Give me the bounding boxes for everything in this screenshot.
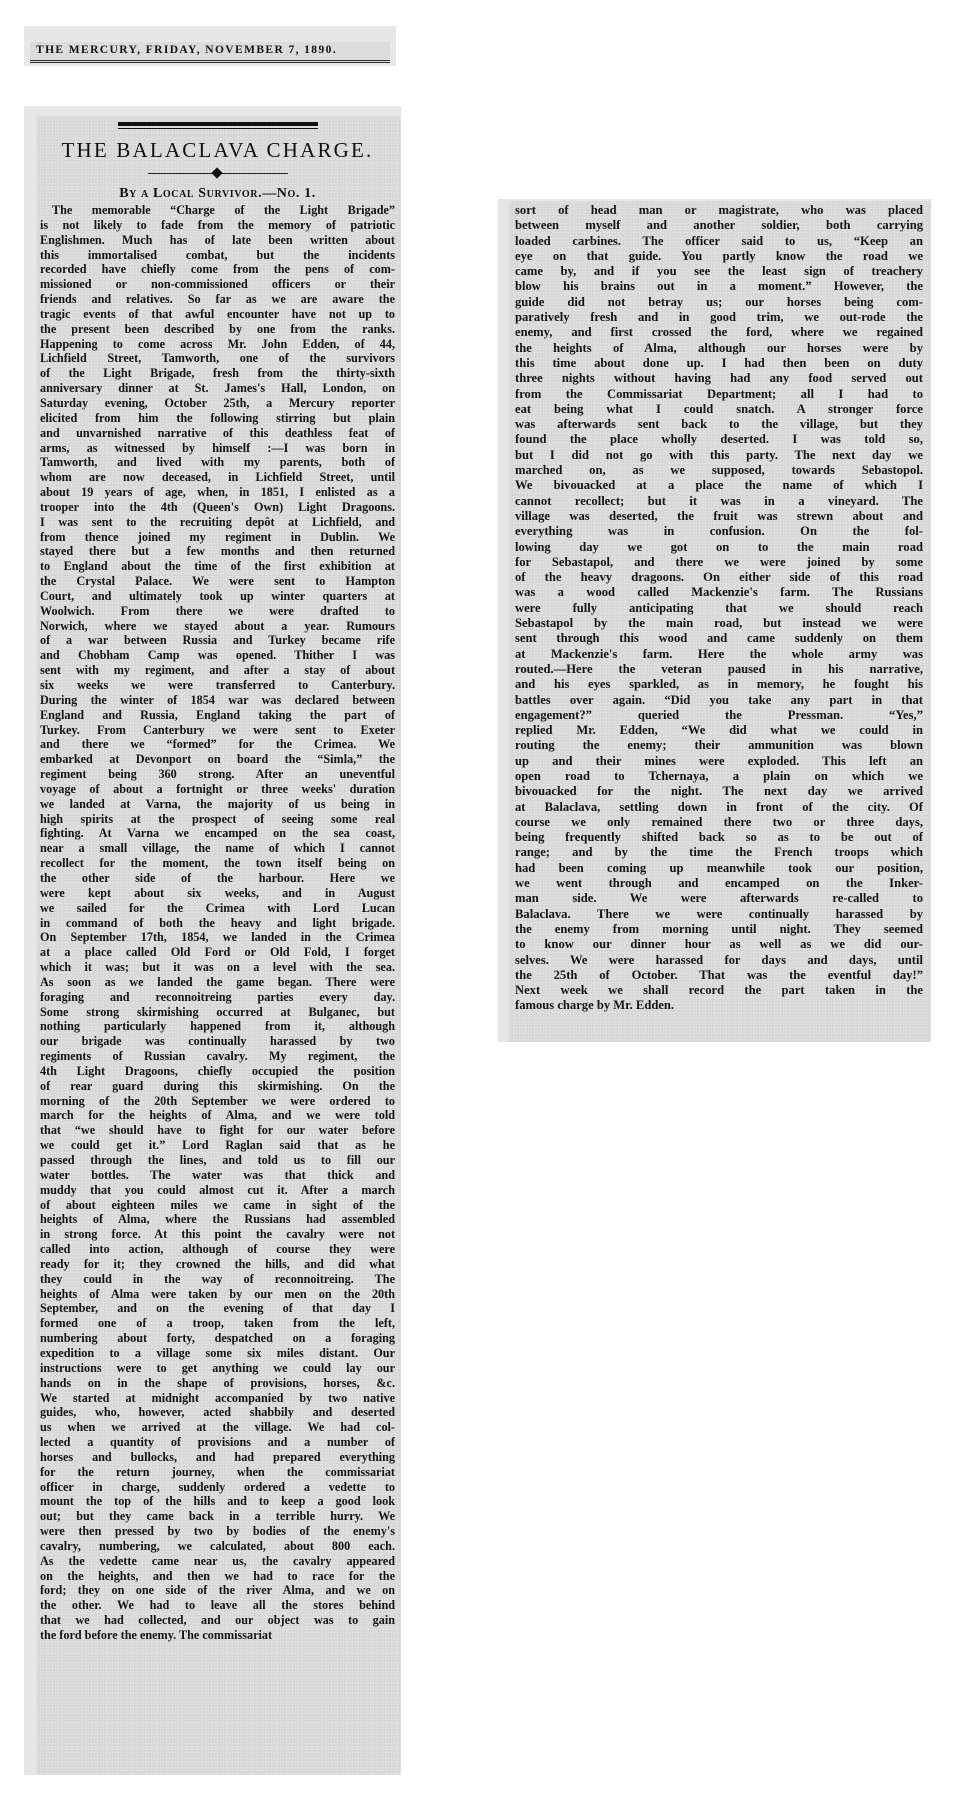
article-text-line: eat being what I could snatch. A stronge… <box>515 402 923 417</box>
article-text-line: we could get it.” Lord Raglan said that … <box>40 1138 395 1153</box>
article-text-line: to know our dinner hour as well as we di… <box>515 937 923 952</box>
article-text-line: heights of Alma were taken by our men on… <box>40 1287 395 1302</box>
article-text-line: of the heavy dragoons. On either side of… <box>515 570 923 585</box>
article-text-line: instructions were to get anything we cou… <box>40 1361 395 1376</box>
article-text-line: trooper into the 4th (Queen's Own) Light… <box>40 500 395 515</box>
article-text-line: we sailed for the Crimea with Lord Lucan <box>40 901 395 916</box>
article-text-line: the ford before the enemy. The commissar… <box>40 1628 395 1643</box>
article-text-line: the other. We had to leave all the store… <box>40 1598 395 1613</box>
article-text-line: guides, who, however, acted shabbily and… <box>40 1405 395 1420</box>
article-text-line: Lichfield Street, Tamworth, one of the s… <box>40 351 395 366</box>
article-text-line: bivouacked for the night. The next day w… <box>515 784 923 799</box>
article-text-line: of a war between Russia and Turkey becam… <box>40 633 395 648</box>
article-text-line: elicited from him the following stirring… <box>40 411 395 426</box>
article-text-line: were kept about six weeks, and in August <box>40 886 395 901</box>
article-text-line: of the Light Brigade, fresh from the thi… <box>40 366 395 381</box>
article-text-line: on the heights, and then we had to race … <box>40 1569 395 1584</box>
article-text-line: from the Commissariat Department; all I … <box>515 387 923 402</box>
article-text-line: recorded have chiefly come from the pens… <box>40 262 395 277</box>
article-text-line: heights of Alma, where the Russians had … <box>40 1212 395 1227</box>
article-text-line: up and their mines were exploded. This l… <box>515 754 923 769</box>
article-text-line: in strong force. At this point the caval… <box>40 1227 395 1242</box>
article-text-line: at a place called Old Ford or Old Fold, … <box>40 945 395 960</box>
article-text-line: man side. We were afterwards re-called t… <box>515 891 923 906</box>
article-text-line: to England about the time of the first e… <box>40 559 395 574</box>
article-text-line: which it was; but it was on a level with… <box>40 960 395 975</box>
article-text-line: for the return journey, when the commiss… <box>40 1465 395 1480</box>
article-text-line: village was deserted, the fruit was stre… <box>515 509 923 524</box>
article-text-line: the other side of the harbour. Here we <box>40 871 395 886</box>
article-text-line: As the vedette came near us, the cavalry… <box>40 1554 395 1569</box>
article-text-line: between myself and another soldier, both… <box>515 218 923 233</box>
article-text-line: As soon as we landed the game began. The… <box>40 975 395 990</box>
article-text-line: mount the top of the hills and to keep a… <box>40 1494 395 1509</box>
masthead-clipping: THE MERCURY, FRIDAY, NOVEMBER 7, 1890. <box>24 26 396 66</box>
article-text-line: they could in the way of reconnoitreing.… <box>40 1272 395 1287</box>
article-text-line: and there we “formed” for the Crimea. We <box>40 737 395 752</box>
article-text-line: of about eighteen miles we came in sight… <box>40 1198 395 1213</box>
article-text-line: Tamworth, and lived with my parents, bot… <box>40 455 395 470</box>
article-text-line: tragic events of that awful encounter ha… <box>40 307 395 322</box>
article-text-line: were fully anticipating that we should r… <box>515 601 923 616</box>
article-text-line: sort of head man or magistrate, who was … <box>515 203 923 218</box>
article-text-line: eye on that guide. You partly know the r… <box>515 249 923 264</box>
article-text-line: officer in charge, suddenly ordered a ve… <box>40 1480 395 1495</box>
article-text-line: The memorable “Charge of the Light Briga… <box>40 203 395 218</box>
article-text-line: ford; they on one side of the river Alma… <box>40 1583 395 1598</box>
article-text-line: marched on, as we supposed, towards Seba… <box>515 463 923 478</box>
article-text-line: Englishmen. Much has of late been writte… <box>40 233 395 248</box>
article-text-line: at Mackenzie's farm. Here the whole army… <box>515 647 923 662</box>
article-text-line: We bivouacked at a place the name of whi… <box>515 478 923 493</box>
article-text-line: for Sebastapol, and there we were joined… <box>515 555 923 570</box>
article-text-line: Next week we shall record the part taken… <box>515 983 923 998</box>
article-text-line: battles over again. “Did you take any pa… <box>515 693 923 708</box>
article-text-line: we went through and encamped on the Inke… <box>515 876 923 891</box>
article-text-line: cannot recollect; but it was in a vineya… <box>515 494 923 509</box>
article-text-line: England and Russia, England taking the p… <box>40 708 395 723</box>
article-text-line: paratively fresh and in good trim, we ou… <box>515 310 923 325</box>
article-text-line: lected a quantity of provisions and a nu… <box>40 1435 395 1450</box>
article-text-line: and Chobham Camp was opened. Thither I w… <box>40 648 395 663</box>
article-text-line: came by, and if you see the least sign o… <box>515 264 923 279</box>
article-text-line: was afterwards sent back to the village,… <box>515 417 923 432</box>
article-text-line: embarked at Devonport on board the “Siml… <box>40 752 395 767</box>
article-text-line: of rear guard during this skirmishing. O… <box>40 1079 395 1094</box>
article-text-line: ready for it; they crowned the hills, an… <box>40 1257 395 1272</box>
article-text-line: we landed at Varna, the majority of us b… <box>40 797 395 812</box>
article-text-line: expedition to a village some six miles d… <box>40 1346 395 1361</box>
article-text-line: fighting. At Varna we encamped on the se… <box>40 826 395 841</box>
article-text-line: the enemy from morning until night. They… <box>515 922 923 937</box>
article-text-line: were then pressed by two by bodies of th… <box>40 1524 395 1539</box>
article-text-line: famous charge by Mr. Edden. <box>515 998 923 1013</box>
article-text-line: blow his brains out in a moment.” Howeve… <box>515 279 923 294</box>
article-text-line: was a wood called Mackenzie's farm. The … <box>515 585 923 600</box>
article-right-column-clipping: sort of head man or magistrate, who was … <box>498 199 931 1042</box>
article-text-line: that we had collected, and our object wa… <box>40 1613 395 1628</box>
article-text-line: sent through this wood and came suddenly… <box>515 631 923 646</box>
article-text-line: During the winter of 1854 war was declar… <box>40 693 395 708</box>
article-text-line: Some strong skirmishing occurred at Bulg… <box>40 1005 395 1020</box>
article-text-line: out; but they came back in a terrible hu… <box>40 1509 395 1524</box>
article-text-line: missioned or non-commissioned officers o… <box>40 277 395 292</box>
article-text-line: that “we should have to fight for our wa… <box>40 1123 395 1138</box>
article-text-line: being frequently shifted back so as to b… <box>515 830 923 845</box>
article-text-line: and unvarnished narrative of this deathl… <box>40 426 395 441</box>
article-text-line: lowing day we got on to the main road <box>515 540 923 555</box>
article-text-line: sent with my regiment, and after a stay … <box>40 663 395 678</box>
article-text-line: friends and relatives. So far as we are … <box>40 292 395 307</box>
article-text-line: this time about done up. I had then been… <box>515 356 923 371</box>
article-text-line: numbering about forty, despatched on a f… <box>40 1331 395 1346</box>
article-text-line: six weeks we were transferred to Canterb… <box>40 678 395 693</box>
article-text-line: regiments of Russian cavalry. My regimen… <box>40 1049 395 1064</box>
article-text-line: whom are now deceased, in Lichfield Stre… <box>40 470 395 485</box>
article-text-line: about 19 years of age, when, in 1851, I … <box>40 485 395 500</box>
article-text-line: selves. We were harassed for days and da… <box>515 953 923 968</box>
article-body-left: The memorable “Charge of the Light Briga… <box>40 203 395 1643</box>
article-byline: By a Local Survivor.—No. 1. <box>40 185 395 203</box>
article-text-line: Court, and ultimately took up winter qua… <box>40 589 395 604</box>
article-text-line: stayed there but a few months and then r… <box>40 544 395 559</box>
article-headline: THE BALACLAVA CHARGE. <box>40 137 395 163</box>
article-text-line: in command of both the heavy and light b… <box>40 916 395 931</box>
article-text-line: the heights of Alma, although our horses… <box>515 341 923 356</box>
article-text-line: formed one of a troop, taken from the le… <box>40 1316 395 1331</box>
article-text-line: course we only remained there two or thr… <box>515 815 923 830</box>
article-left-column-clipping: THE BALACLAVA CHARGE. By a Local Survivo… <box>24 106 401 1775</box>
article-text-line: routing the enemy; their ammunition was … <box>515 738 923 753</box>
article-text-line: 4th Light Dragoons, chiefly occupied the… <box>40 1064 395 1079</box>
article-text-line: at Balaclava, settling down in front of … <box>515 800 923 815</box>
article-text-line: enemy, and first crossed the ford, where… <box>515 325 923 340</box>
diamond-icon <box>211 167 222 178</box>
article-text-line: from thence joined my regiment in Dublin… <box>40 530 395 545</box>
article-text-line: the present been described by one from t… <box>40 322 395 337</box>
article-text-line: open road to Tchernaya, a plain on which… <box>515 769 923 784</box>
diamond-ornament-divider <box>148 169 288 179</box>
article-text-line: but I did not go with this party. The ne… <box>515 448 923 463</box>
article-text-line: Happening to come across Mr. John Edden,… <box>40 337 395 352</box>
article-text-line: called into action, although of course t… <box>40 1242 395 1257</box>
article-text-line: Saturday evening, October 25th, a Mercur… <box>40 396 395 411</box>
masthead-dateline: THE MERCURY, FRIDAY, NOVEMBER 7, 1890. <box>30 42 390 63</box>
article-text-line: guide did not betray us; our horses bein… <box>515 295 923 310</box>
article-text-line: nothing particularly happened from it, a… <box>40 1019 395 1034</box>
article-text-line: passed through the lines, and told us to… <box>40 1153 395 1168</box>
article-text-line: Turkey. From Canterbury we were sent to … <box>40 723 395 738</box>
article-text-line: range; and by the time the French troops… <box>515 845 923 860</box>
article-text-line: Norwich, where we stayed about a year. R… <box>40 619 395 634</box>
article-left-column: THE BALACLAVA CHARGE. By a Local Survivo… <box>36 116 401 1775</box>
article-text-line: voyage of about a fortnight or three wee… <box>40 782 395 797</box>
article-body-right: sort of head man or magistrate, who was … <box>515 203 923 1014</box>
article-text-line: this immortalised combat, but the incide… <box>40 248 395 263</box>
article-text-line: near a small village, the name of which … <box>40 841 395 856</box>
article-text-line: Sebastapol by the main road, but instead… <box>515 616 923 631</box>
article-text-line: hands on in the shape of provisions, hor… <box>40 1376 395 1391</box>
article-text-line: cavalry, numbering, we calculated, about… <box>40 1539 395 1554</box>
article-text-line: had been coming up meanwhile took our po… <box>515 861 923 876</box>
article-text-line: recollect for the moment, the town itsel… <box>40 856 395 871</box>
article-text-line: high spirits at the prospect of seeing s… <box>40 812 395 827</box>
article-text-line: found the place wholly deserted. I was t… <box>515 432 923 447</box>
article-text-line: loaded carbines. The officer said to us,… <box>515 234 923 249</box>
article-text-line: routed.—Here the veteran paused in his n… <box>515 662 923 677</box>
article-text-line: us when we arrived at the village. We ha… <box>40 1420 395 1435</box>
article-text-line: the Crystal Palace. We were sent to Hamp… <box>40 574 395 589</box>
article-text-line: our brigade was continually harassed by … <box>40 1034 395 1049</box>
article-text-line: foraging and reconnoitreing parties ever… <box>40 990 395 1005</box>
article-text-line: march for the heights of Alma, and we we… <box>40 1108 395 1123</box>
article-text-line: is not likely to fade from the memory of… <box>40 218 395 233</box>
article-text-line: and his eyes sparkled, as in memory, he … <box>515 677 923 692</box>
article-text-line: water bottles. The water was that thick … <box>40 1168 395 1183</box>
article-right-column: sort of head man or magistrate, who was … <box>509 201 931 1042</box>
headline-top-rule <box>118 122 318 129</box>
article-text-line: regiment being 360 strong. After an unev… <box>40 767 395 782</box>
article-text-line: the 25th of October. That was the eventf… <box>515 968 923 983</box>
article-text-line: engagement?” queried the Pressman. “Yes,… <box>515 708 923 723</box>
article-text-line: Woolwich. From there we were drafted to <box>40 604 395 619</box>
article-text-line: September, and on the evening of that da… <box>40 1301 395 1316</box>
article-text-line: Balaclava. There we were continually har… <box>515 907 923 922</box>
article-text-line: replied Mr. Edden, “We did what we could… <box>515 723 923 738</box>
article-text-line: arms, as witnessed by himself :—I was bo… <box>40 441 395 456</box>
article-text-line: morning of the 20th September we were or… <box>40 1094 395 1109</box>
article-text-line: I was sent to the recruiting depôt at Li… <box>40 515 395 530</box>
article-text-line: anniversary dinner at St. James's Hall, … <box>40 381 395 396</box>
article-text-line: On September 17th, 1854, we landed in th… <box>40 930 395 945</box>
article-text-line: horses and bullocks, and had prepared ev… <box>40 1450 395 1465</box>
article-text-line: muddy that you could almost cut it. Afte… <box>40 1183 395 1198</box>
article-text-line: everything was in confusion. On the fol- <box>515 524 923 539</box>
article-text-line: three nights without having had any food… <box>515 371 923 386</box>
article-text-line: We started at midnight accompanied by tw… <box>40 1391 395 1406</box>
